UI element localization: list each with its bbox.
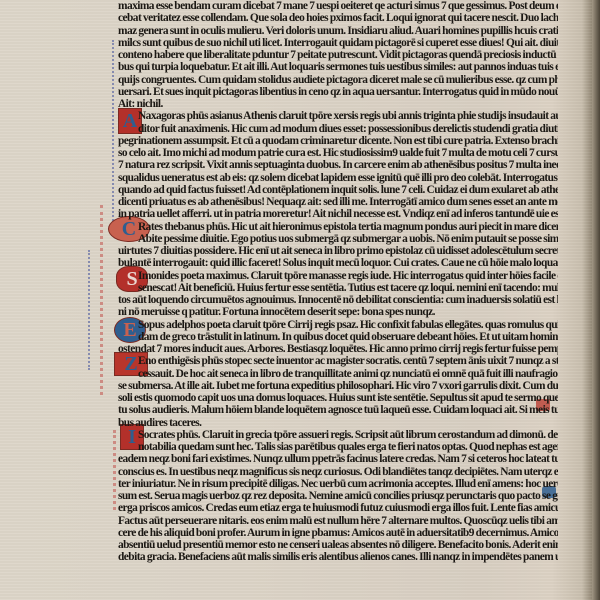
text-line: bus audires taceres. [118, 417, 558, 429]
text-line: cebat veritatez esse collendam. Que sola… [118, 12, 558, 24]
text-line: senescat! Ait beneficiū. Huius fertur es… [118, 282, 558, 294]
text-line: erga priscos amicos. Credas eum etiaz er… [118, 502, 558, 514]
text-line: Factus aūt perseuerare nitaris. eos enim… [118, 515, 558, 527]
text-line: notabilia quedam sunt hec. Talis sias pa… [118, 441, 558, 453]
text-line-socrates: Socrates phūs. Claruit in grecia tpōre a… [118, 429, 558, 441]
text-line: maz genera sunt in oculis mulieru. Veri … [118, 25, 558, 37]
filigree-blue-upper [112, 40, 114, 225]
text-line-esopus: Sopus adelphos poeta claruit tpōre Cirri… [118, 319, 558, 331]
text-line-anaxagoras: Naxagoras phūs asianus Athenis claruit t… [118, 110, 558, 122]
text-line: in patria uellet afferri. ut in patria m… [118, 208, 558, 220]
text-line: quijs congruentes. Cum quidam stolidus a… [118, 74, 558, 86]
text-line: soli estis quomodo capit uos una domus l… [118, 392, 558, 404]
text-line: bulantē interrogauit: quid illic faceret… [118, 257, 558, 269]
text-line: tos aūt loquendo circumuētos agnouimus. … [118, 294, 558, 306]
filigree-pink-middle [100, 205, 103, 395]
text-line: cessauit. De hoc ait seneca in libro de … [118, 368, 558, 380]
text-line: sum est. Serua magis uerboz qz rez depos… [118, 490, 558, 502]
text-line: pegrinationem assumpsit. Et cū a quodam … [118, 135, 558, 147]
text-line: ostendat 7 mores inducit aues. Arbores. … [118, 343, 558, 355]
text-line: debita gracia. Benefaciens aūt malis sim… [118, 551, 558, 563]
text-line: se submersa. At ille ait. Iubet me fortu… [118, 380, 558, 392]
text-line: maxima esse bendam curam dicebat 7 mane … [118, 0, 558, 12]
book-gutter-edge [592, 0, 600, 600]
text-line: bus qui turpia loquebatur. Et ait illi. … [118, 61, 558, 73]
text-line: squalidus ueneratus est ab eis: qz solem… [118, 172, 558, 184]
text-line: quando ad quid factus fuisset! Ad contēp… [118, 184, 558, 196]
text-line: ditor fuit anaximenis. Hic cum ad modum … [118, 123, 558, 135]
filigree-pink-lower [113, 430, 116, 510]
text-line: dicenti priuatus es ab athenēsibus! Nequ… [118, 196, 558, 208]
text-line: milcs sunt quibus de suo nichil uti lice… [118, 37, 558, 49]
text-line-crates: Rates thebanus phūs. Hic ut ait hieronim… [118, 221, 558, 233]
text-line: tu solus audieris. Malum hōiem blande lo… [118, 404, 558, 416]
text-line-zeno: Eno enthigēsis phūs stopec secte inuento… [118, 355, 558, 367]
text-line: conteno habere que liberalitate pduntur … [118, 49, 558, 61]
text-column: maxima esse bendam curam dicebat 7 mane … [118, 0, 558, 564]
text-line: 7 natura rez scripsit. Vixit annis septu… [118, 159, 558, 171]
text-line: ter iniuriatur. Ne in risum precipitē di… [118, 478, 558, 490]
text-line: absentiū uelud presentiū memor esto ne c… [118, 539, 558, 551]
text-line: so celo ait. Imo michi ad modum patrie c… [118, 147, 558, 159]
text-line: cere de his aliquid boni profer. Aurum i… [118, 527, 558, 539]
text-line-simonides: Imonides poeta maximus. Claruit tpōre ma… [118, 270, 558, 282]
filigree-blue-middle [88, 250, 90, 370]
text-line: eadem neqz boni fari existimes. Nunqz ul… [118, 453, 558, 465]
text-line: conscius es. In uestibus neqz magnificus… [118, 466, 558, 478]
text-line: dam de greco trāstulit in latinum. In qu… [118, 331, 558, 343]
text-line: ni nō meruisse q patitur. Fortuna innocē… [118, 306, 558, 318]
text-line: uersari. Et sues inquit pictagoras liben… [118, 86, 558, 98]
text-line: Abite pessime diuitie. Ego potius uos su… [118, 233, 558, 245]
text-line: Ait: nichil. [118, 98, 558, 110]
text-line: uirtutes 7 diuitias possidere. Hic enī u… [118, 245, 558, 257]
